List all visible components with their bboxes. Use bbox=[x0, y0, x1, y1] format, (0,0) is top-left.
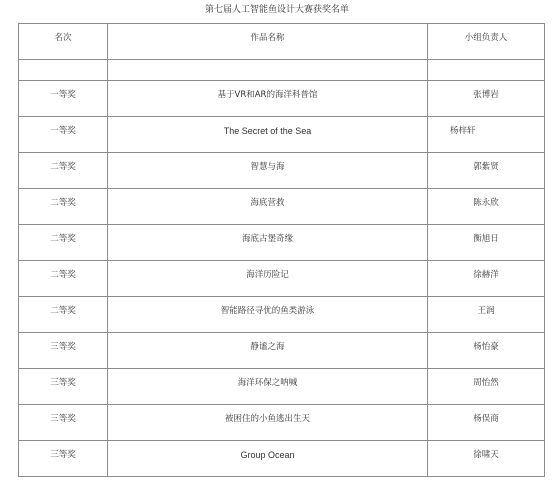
work-cell: 智能路径寻优的鱼类游泳 bbox=[108, 297, 428, 333]
work-cell: The Secret of the Sea bbox=[108, 117, 428, 153]
rank-text: 二等奖 bbox=[19, 297, 107, 318]
leader-cell: 张博岩 bbox=[428, 81, 545, 117]
header-work-label: 作品名称 bbox=[108, 24, 427, 45]
leader-cell: 杨怡豪 bbox=[428, 333, 545, 369]
work-title-text: 海洋历险记 bbox=[108, 261, 427, 282]
rank-text: 一等奖 bbox=[19, 117, 107, 138]
work-title-text: 海底营救 bbox=[108, 189, 427, 210]
work-cell: 静谧之海 bbox=[108, 333, 428, 369]
leader-cell: 王润 bbox=[428, 297, 545, 333]
work-title-text: 海底古堡奇缘 bbox=[108, 225, 427, 246]
leader-name-text: 徐啸天 bbox=[428, 441, 544, 462]
leader-name-text: 杨俣商 bbox=[428, 405, 544, 426]
leader-cell: 杨俣商 bbox=[428, 405, 545, 441]
rank-cell: 二等奖 bbox=[19, 153, 108, 189]
table-row: 二等奖 智慧与海 郭紫贤 bbox=[19, 153, 545, 189]
table-row: 二等奖 海底古堡奇缘 衡旭日 bbox=[19, 225, 545, 261]
leader-name-text: 王润 bbox=[428, 297, 544, 318]
table-row: 二等奖 海底营救 陈永欣 bbox=[19, 189, 545, 225]
header-cell-work: 作品名称 bbox=[108, 24, 428, 60]
table-row: 二等奖 海洋历险记 徐赫洋 bbox=[19, 261, 545, 297]
leader-cell: 周怡然 bbox=[428, 369, 545, 405]
leader-name-text: 杨怡豪 bbox=[428, 333, 544, 354]
work-title-text: 智慧与海 bbox=[108, 153, 427, 174]
empty-row bbox=[19, 60, 545, 81]
work-title-text: 被困住的小鱼逃出生天 bbox=[108, 405, 427, 426]
rank-cell: 二等奖 bbox=[19, 297, 108, 333]
rank-text: 二等奖 bbox=[19, 189, 107, 210]
header-cell-leader: 小组负责人 bbox=[428, 24, 545, 60]
work-title-text: The Secret of the Sea bbox=[108, 117, 427, 138]
empty-cell bbox=[19, 60, 108, 81]
table-row: 一等奖 基于VR和AR的海洋科普馆 张博岩 bbox=[19, 81, 545, 117]
rank-cell: 三等奖 bbox=[19, 441, 108, 477]
table-header-row: 名次 作品名称 小组负责人 bbox=[19, 24, 545, 60]
header-cell-rank: 名次 bbox=[19, 24, 108, 60]
work-cell: Group Ocean bbox=[108, 441, 428, 477]
rank-text: 三等奖 bbox=[19, 333, 107, 354]
work-title-text: 智能路径寻优的鱼类游泳 bbox=[108, 297, 427, 318]
rank-text: 三等奖 bbox=[19, 405, 107, 426]
work-title-text: Group Ocean bbox=[108, 441, 427, 462]
document-title: 第七届人工智能鱼设计大赛获奖名单 bbox=[0, 3, 554, 17]
leader-name-text: 衡旭日 bbox=[428, 225, 544, 246]
empty-cell bbox=[108, 60, 428, 81]
rank-text: 二等奖 bbox=[19, 261, 107, 282]
table-row: 一等奖 The Secret of the Sea 杨梓轩 bbox=[19, 117, 545, 153]
work-title-text: 静谧之海 bbox=[108, 333, 427, 354]
rank-cell: 一等奖 bbox=[19, 117, 108, 153]
leader-name-text: 郭紫贤 bbox=[428, 153, 544, 174]
rank-cell: 二等奖 bbox=[19, 225, 108, 261]
table-row: 三等奖 静谧之海 杨怡豪 bbox=[19, 333, 545, 369]
rank-cell: 三等奖 bbox=[19, 405, 108, 441]
rank-text: 三等奖 bbox=[19, 441, 107, 462]
leader-cell: 郭紫贤 bbox=[428, 153, 545, 189]
rank-text: 二等奖 bbox=[19, 225, 107, 246]
header-leader-label: 小组负责人 bbox=[428, 24, 544, 45]
header-rank-label: 名次 bbox=[19, 24, 107, 45]
work-cell: 海底古堡奇缘 bbox=[108, 225, 428, 261]
leader-cell: 徐啸天 bbox=[428, 441, 545, 477]
rank-cell: 三等奖 bbox=[19, 333, 108, 369]
leader-name-text: 杨梓轩 bbox=[428, 117, 544, 138]
rank-cell: 二等奖 bbox=[19, 189, 108, 225]
rank-text: 二等奖 bbox=[19, 153, 107, 174]
table-row: 三等奖 Group Ocean 徐啸天 bbox=[19, 441, 545, 477]
work-cell: 智慧与海 bbox=[108, 153, 428, 189]
leader-name-text: 陈永欣 bbox=[428, 189, 544, 210]
award-winners-table: 名次 作品名称 小组负责人 一等奖 基于VR和AR的海洋科普馆 张博岩 一等奖 … bbox=[18, 23, 545, 477]
leader-name-text: 张博岩 bbox=[428, 81, 544, 102]
table-row: 二等奖 智能路径寻优的鱼类游泳 王润 bbox=[19, 297, 545, 333]
work-cell: 被困住的小鱼逃出生天 bbox=[108, 405, 428, 441]
rank-cell: 二等奖 bbox=[19, 261, 108, 297]
leader-cell: 杨梓轩 bbox=[428, 117, 545, 153]
work-title-text: 海洋环保之呐喊 bbox=[108, 369, 427, 390]
table-row: 三等奖 海洋环保之呐喊 周怡然 bbox=[19, 369, 545, 405]
leader-cell: 衡旭日 bbox=[428, 225, 545, 261]
rank-text: 三等奖 bbox=[19, 369, 107, 390]
leader-cell: 徐赫洋 bbox=[428, 261, 545, 297]
rank-cell: 一等奖 bbox=[19, 81, 108, 117]
rank-text: 一等奖 bbox=[19, 81, 107, 102]
empty-cell bbox=[428, 60, 545, 81]
work-cell: 基于VR和AR的海洋科普馆 bbox=[108, 81, 428, 117]
leader-name-text: 徐赫洋 bbox=[428, 261, 544, 282]
table-row: 三等奖 被困住的小鱼逃出生天 杨俣商 bbox=[19, 405, 545, 441]
work-cell: 海洋历险记 bbox=[108, 261, 428, 297]
leader-name-text: 周怡然 bbox=[428, 369, 544, 390]
rank-cell: 三等奖 bbox=[19, 369, 108, 405]
work-cell: 海底营救 bbox=[108, 189, 428, 225]
leader-cell: 陈永欣 bbox=[428, 189, 545, 225]
work-title-text: 基于VR和AR的海洋科普馆 bbox=[108, 81, 427, 102]
work-cell: 海洋环保之呐喊 bbox=[108, 369, 428, 405]
